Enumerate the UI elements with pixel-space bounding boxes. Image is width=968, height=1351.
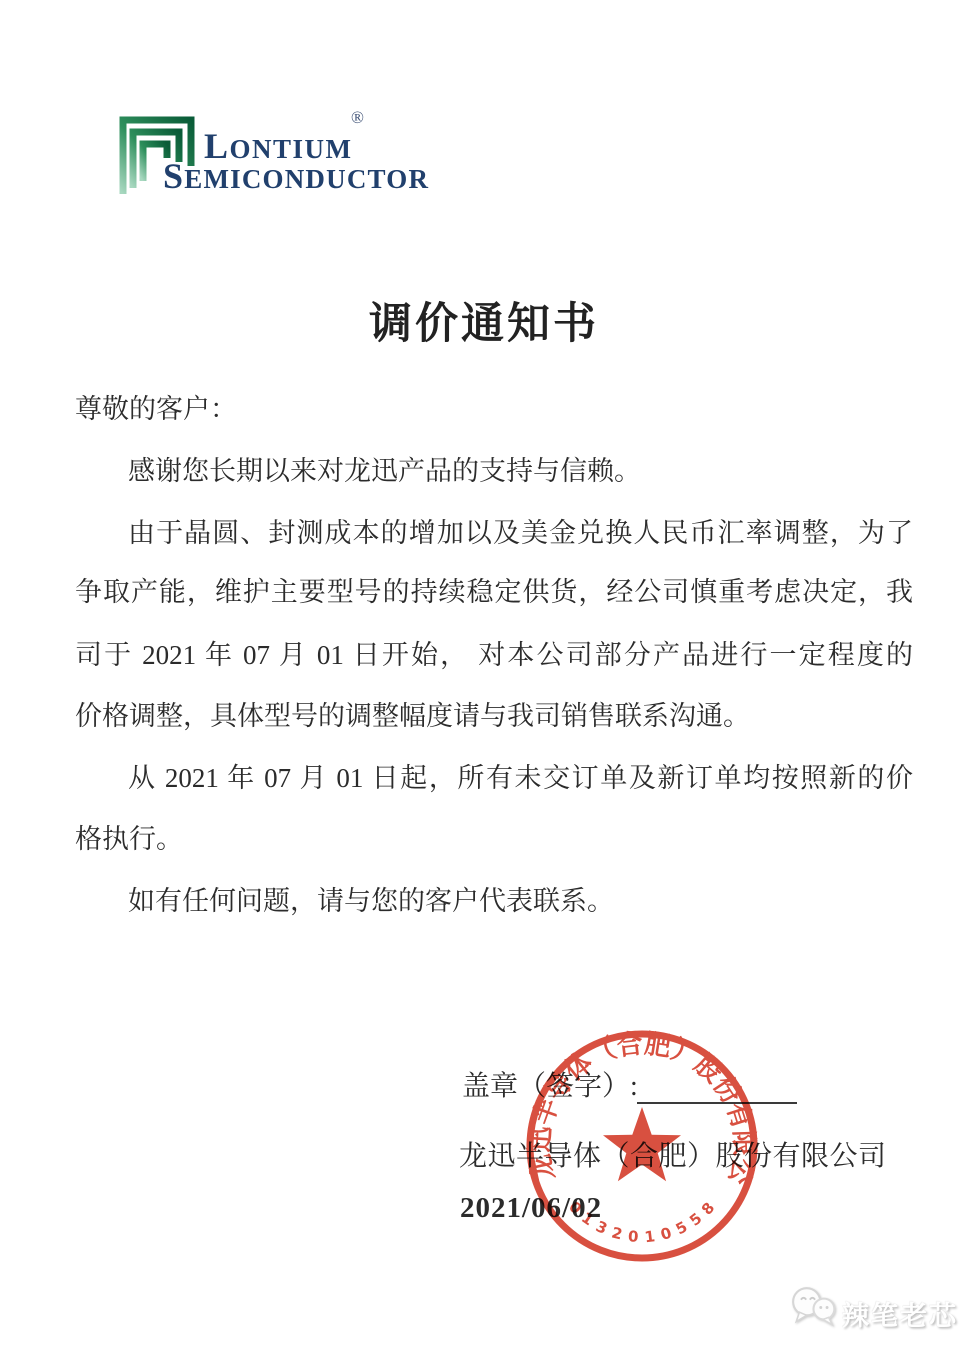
chat-bubbles-mascot-icon [790, 1286, 838, 1330]
logo-wordmark-line2: SEMICONDUCTOR [163, 158, 429, 194]
salutation-line: 尊敬的客户： [75, 393, 913, 427]
body-line: 司于 2021 年 07 月 01 日开始， 对本公司部分产品进行一定程度的 [75, 639, 913, 673]
body-line: 由于晶圆、封测成本的增加以及美金兑换人民币汇率调整，为了 [128, 517, 913, 551]
scanned-letter-page: { "logo": { "name_line1_initial": "L", "… [0, 0, 968, 1351]
body-line: 从 2021 年 07 月 01 日起，所有未交订单及新订单均按照新的价 [128, 762, 913, 796]
seal-star-icon [603, 1107, 681, 1181]
lontium-logo: LONTIUM SEMICONDUCTOR ® [118, 104, 438, 204]
body-line: 争取产能，维护主要型号的持续稳定供货，经公司慎重考虑决定，我 [75, 576, 913, 610]
body-line: 格执行。 [75, 823, 913, 857]
registered-trademark-icon: ® [351, 108, 364, 128]
logo-rest-emiconductor: EMICONDUCTOR [184, 164, 429, 194]
logo-initial-s: S [163, 156, 184, 196]
body-line: 感谢您长期以来对龙迅产品的支持与信赖。 [128, 455, 913, 489]
body-line: 价格调整，具体型号的调整幅度请与我司销售联系沟通。 [75, 700, 913, 734]
page-title: 调价通知书 [0, 290, 968, 351]
watermark-text: 辣笔老芯 [842, 1294, 958, 1333]
company-seal-stamp-icon: 龙迅半导体（合肥）股份有限公司 01320105582 [522, 1026, 762, 1266]
body-line: 如有任何问题，请与您的客户代表联系。 [128, 885, 913, 919]
